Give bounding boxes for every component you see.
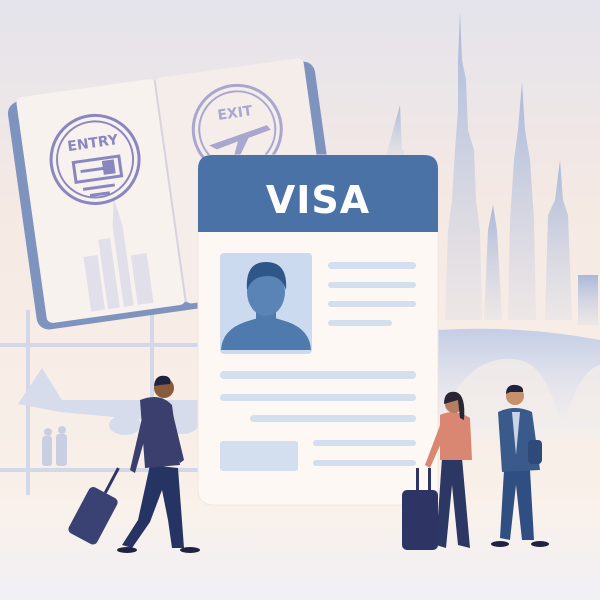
visa-travel-illustration: ENTRY EXIT VISA xyxy=(0,0,600,600)
visa-card: VISA xyxy=(198,155,438,505)
illustration-canvas: ENTRY EXIT VISA xyxy=(0,0,600,600)
visa-title: VISA xyxy=(266,178,370,222)
suitcase-icon xyxy=(402,490,438,550)
bag-icon xyxy=(528,440,542,464)
